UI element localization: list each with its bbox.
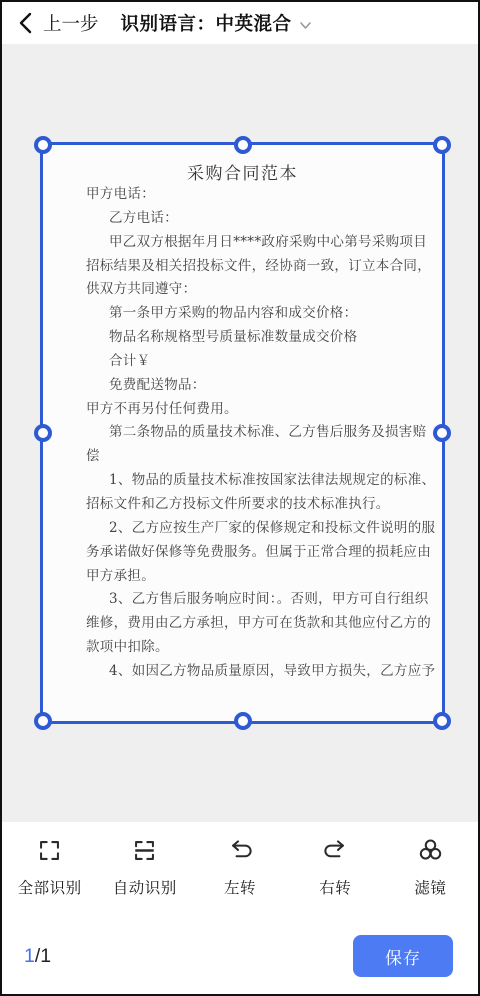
tool-auto-recognize[interactable]: 自动识别 [97, 822, 192, 932]
crop-handle-middle-left[interactable] [34, 424, 52, 442]
auto-recognize-icon [131, 837, 158, 867]
page-current: 1 [24, 945, 35, 967]
save-button[interactable]: 保存 [353, 935, 453, 977]
crop-handle-bottom-middle[interactable] [234, 712, 252, 730]
tool-label: 左转 [224, 876, 256, 898]
back-label: 上一步 [43, 10, 99, 36]
tool-label: 右转 [319, 876, 351, 898]
language-selector[interactable]: 识别语言：中英混合 [121, 10, 313, 36]
bottom-bar: 1/1 保存 [2, 932, 478, 996]
crop-handle-middle-right[interactable] [433, 424, 451, 442]
tool-label: 全部识别 [18, 876, 82, 898]
rotate-right-icon [322, 837, 349, 867]
page-total: 1 [40, 945, 51, 967]
back-button[interactable]: 上一步 [18, 10, 99, 36]
document-preview: 采购合同范本 甲方电话：乙方电话：甲乙双方根据年月日****政府采购中心第号采购… [2, 44, 478, 822]
crop-handle-top-right[interactable] [433, 136, 451, 154]
crop-handle-bottom-right[interactable] [433, 712, 451, 730]
tool-label: 自动识别 [113, 876, 177, 898]
rotate-left-icon [227, 837, 254, 867]
screen: 上一步 识别语言：中英混合 采购合同范本 甲方电话：乙方电话：甲乙双方根据年月日… [0, 0, 480, 996]
crop-frame[interactable] [40, 142, 445, 724]
toolbar: 全部识别自动识别左转右转滤镜 [2, 822, 478, 932]
chevron-down-icon [298, 18, 313, 33]
tool-rotate-right[interactable]: 右转 [288, 822, 383, 932]
crop-handle-top-middle[interactable] [234, 136, 252, 154]
filter-icon [417, 837, 444, 867]
top-bar: 上一步 识别语言：中英混合 [2, 2, 478, 44]
language-label: 识别语言：中英混合 [121, 10, 292, 36]
recognize-all-icon [36, 837, 63, 867]
crop-handle-top-left[interactable] [34, 136, 52, 154]
back-icon [18, 12, 33, 34]
tool-recognize-all[interactable]: 全部识别 [2, 822, 97, 932]
tool-filter[interactable]: 滤镜 [383, 822, 478, 932]
crop-handle-bottom-left[interactable] [34, 712, 52, 730]
tool-label: 滤镜 [414, 876, 446, 898]
tool-rotate-left[interactable]: 左转 [192, 822, 287, 932]
page-indicator: 1/1 [24, 945, 51, 968]
